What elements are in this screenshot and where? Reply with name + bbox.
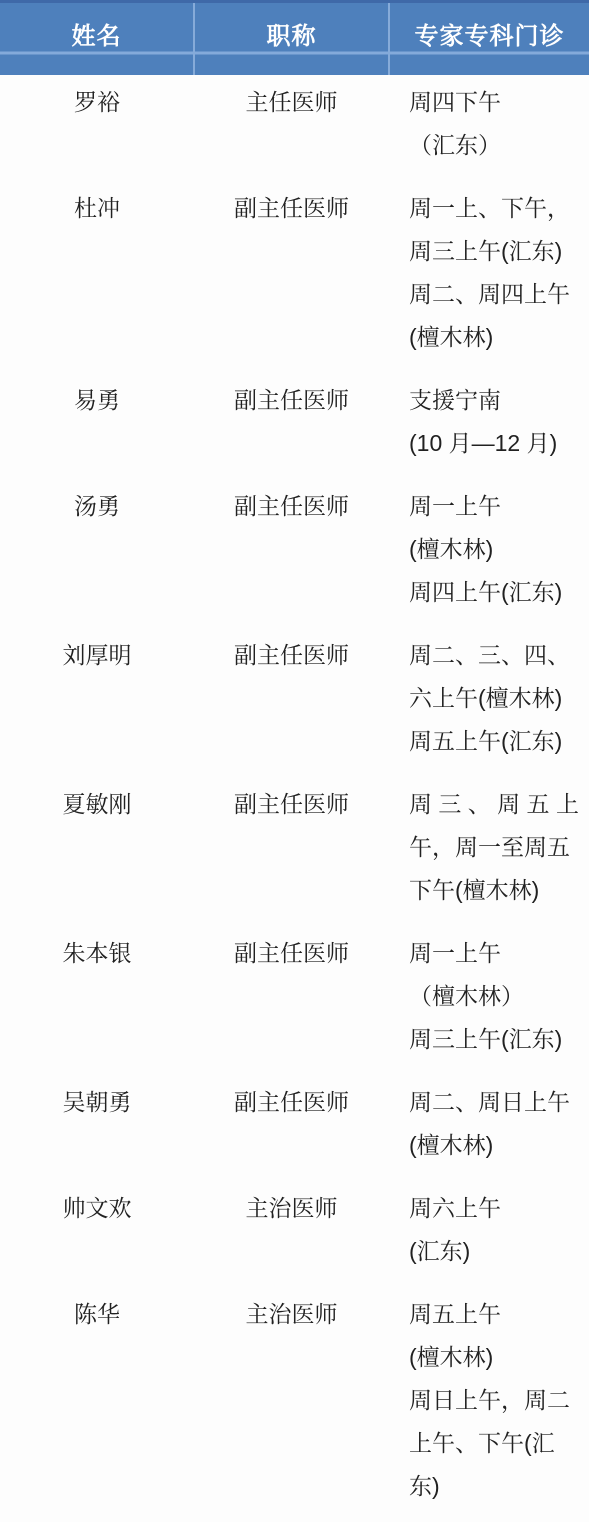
table-row: 朱本银 副主任医师 周一上午 （檀木林） 周三上午(汇东) <box>0 926 589 1075</box>
doctor-name-cell: 陈华 <box>0 1287 194 1522</box>
clinic-schedule-cell: 周五上午 (檀木林) 周日上午，周二 上午、下午(汇 东) <box>389 1287 589 1522</box>
clinic-schedule-cell: 支援宁南 (10 月—12 月) <box>389 373 589 479</box>
doctor-name-cell: 罗裕 <box>0 75 194 181</box>
doctor-name-cell: 吴朝勇 <box>0 1075 194 1181</box>
doctor-title-cell: 主任医师 <box>194 75 389 181</box>
table-row: 易勇 副主任医师 支援宁南 (10 月—12 月) <box>0 373 589 479</box>
doctor-title-cell: 副主任医师 <box>194 479 389 628</box>
table-row: 吴朝勇 副主任医师 周二、周日上午 (檀木林) <box>0 1075 589 1181</box>
table-row: 帅文欢 主治医师 周六上午 (汇东) <box>0 1181 589 1287</box>
doctor-name-cell: 帅文欢 <box>0 1181 194 1287</box>
doctor-title-cell: 副主任医师 <box>194 777 389 926</box>
doctor-name-cell: 夏敏刚 <box>0 777 194 926</box>
table-row: 陈华 主治医师 周五上午 (檀木林) 周日上午，周二 上午、下午(汇 东) <box>0 1287 589 1522</box>
table-row: 罗裕 主任医师 周四下午 （汇东） <box>0 75 589 181</box>
doctor-name-cell: 刘厚明 <box>0 628 194 777</box>
clinic-schedule-cell: 周一上、下午， 周三上午(汇东) 周二、周四上午 (檀木林) <box>389 181 589 373</box>
doctor-title-cell: 副主任医师 <box>194 1075 389 1181</box>
doctor-title-cell: 副主任医师 <box>194 926 389 1075</box>
doctor-name-cell: 汤勇 <box>0 479 194 628</box>
doctor-name-cell: 易勇 <box>0 373 194 479</box>
doctor-title-cell: 主治医师 <box>194 1287 389 1522</box>
table-row: 汤勇 副主任医师 周一上午 (檀木林) 周四上午(汇东) <box>0 479 589 628</box>
doctor-title-cell: 主治医师 <box>194 1181 389 1287</box>
clinic-schedule-cell: 周二、周日上午 (檀木林) <box>389 1075 589 1181</box>
header-name: 姓名 <box>0 2 194 76</box>
clinic-schedule-cell: 周四下午 （汇东） <box>389 75 589 181</box>
doctor-title-cell: 副主任医师 <box>194 628 389 777</box>
clinic-schedule-cell: 周六上午 (汇东) <box>389 1181 589 1287</box>
doctor-name-cell: 朱本银 <box>0 926 194 1075</box>
clinic-schedule-cell: 周一上午 (檀木林) 周四上午(汇东) <box>389 479 589 628</box>
clinic-schedule-cell: 周一上午 （檀木林） 周三上午(汇东) <box>389 926 589 1075</box>
clinic-schedule-cell: 周二、三、四、 六上午(檀木林) 周五上午(汇东) <box>389 628 589 777</box>
header-clinic: 专家专科门诊 <box>389 2 589 76</box>
doctor-title-cell: 副主任医师 <box>194 373 389 479</box>
table-header-row: 姓名 职称 专家专科门诊 <box>0 2 589 76</box>
table-row: 杜冲 副主任医师 周一上、下午， 周三上午(汇东) 周二、周四上午 (檀木林) <box>0 181 589 373</box>
clinic-schedule-cell: 周 三 、 周 五 上 午，周一至周五 下午(檀木林) <box>389 777 589 926</box>
doctor-schedule-page: 姓名 职称 专家专科门诊 罗裕 主任医师 周四下午 （汇东） 杜冲 副主任医师 … <box>0 0 589 1522</box>
doctor-title-cell: 副主任医师 <box>194 181 389 373</box>
table-row: 刘厚明 副主任医师 周二、三、四、 六上午(檀木林) 周五上午(汇东) <box>0 628 589 777</box>
header-title: 职称 <box>194 2 389 76</box>
doctor-name-cell: 杜冲 <box>0 181 194 373</box>
doctor-schedule-table: 姓名 职称 专家专科门诊 罗裕 主任医师 周四下午 （汇东） 杜冲 副主任医师 … <box>0 0 589 1522</box>
table-row: 夏敏刚 副主任医师 周 三 、 周 五 上 午，周一至周五 下午(檀木林) <box>0 777 589 926</box>
